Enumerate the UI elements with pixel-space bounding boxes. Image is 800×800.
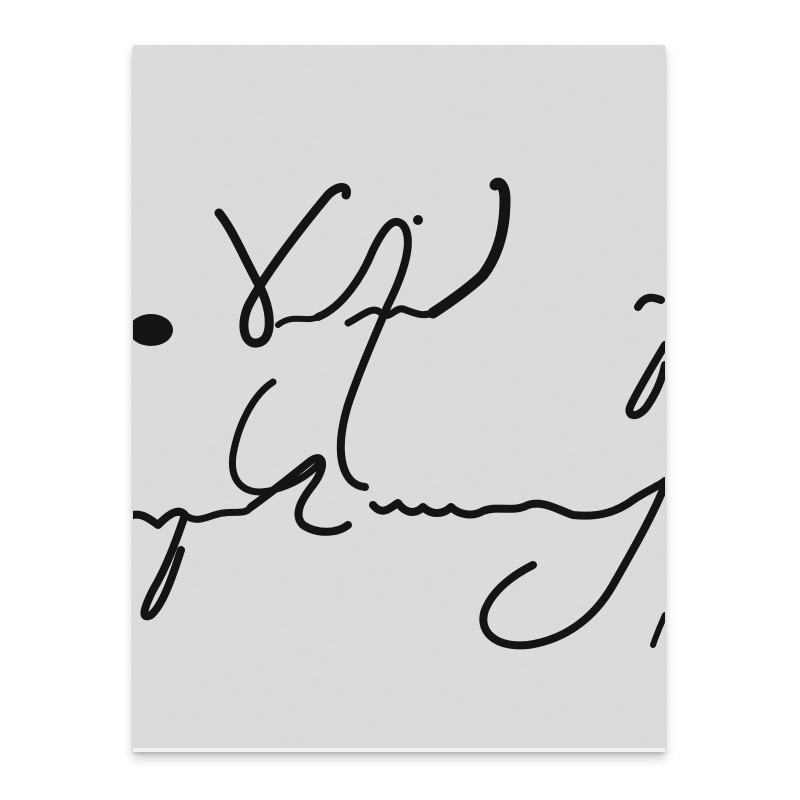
stroke-letter-y — [133, 512, 185, 617]
stroke-connector-2 — [185, 507, 251, 519]
poster-print — [133, 45, 665, 752]
i-dot — [413, 215, 423, 225]
stroke-right-bottom — [653, 615, 665, 645]
stroke-letter-e — [251, 458, 348, 532]
stroke-capital-c — [232, 382, 318, 492]
stroke-connector-1 — [278, 317, 318, 325]
stroke-wave — [373, 481, 665, 516]
stroke-long-s — [318, 222, 408, 487]
stroke-minims — [348, 309, 433, 323]
stroke-ascender — [433, 183, 505, 313]
ink-blot — [133, 314, 173, 346]
handwriting — [133, 45, 665, 752]
stroke-right-edge — [629, 298, 665, 415]
